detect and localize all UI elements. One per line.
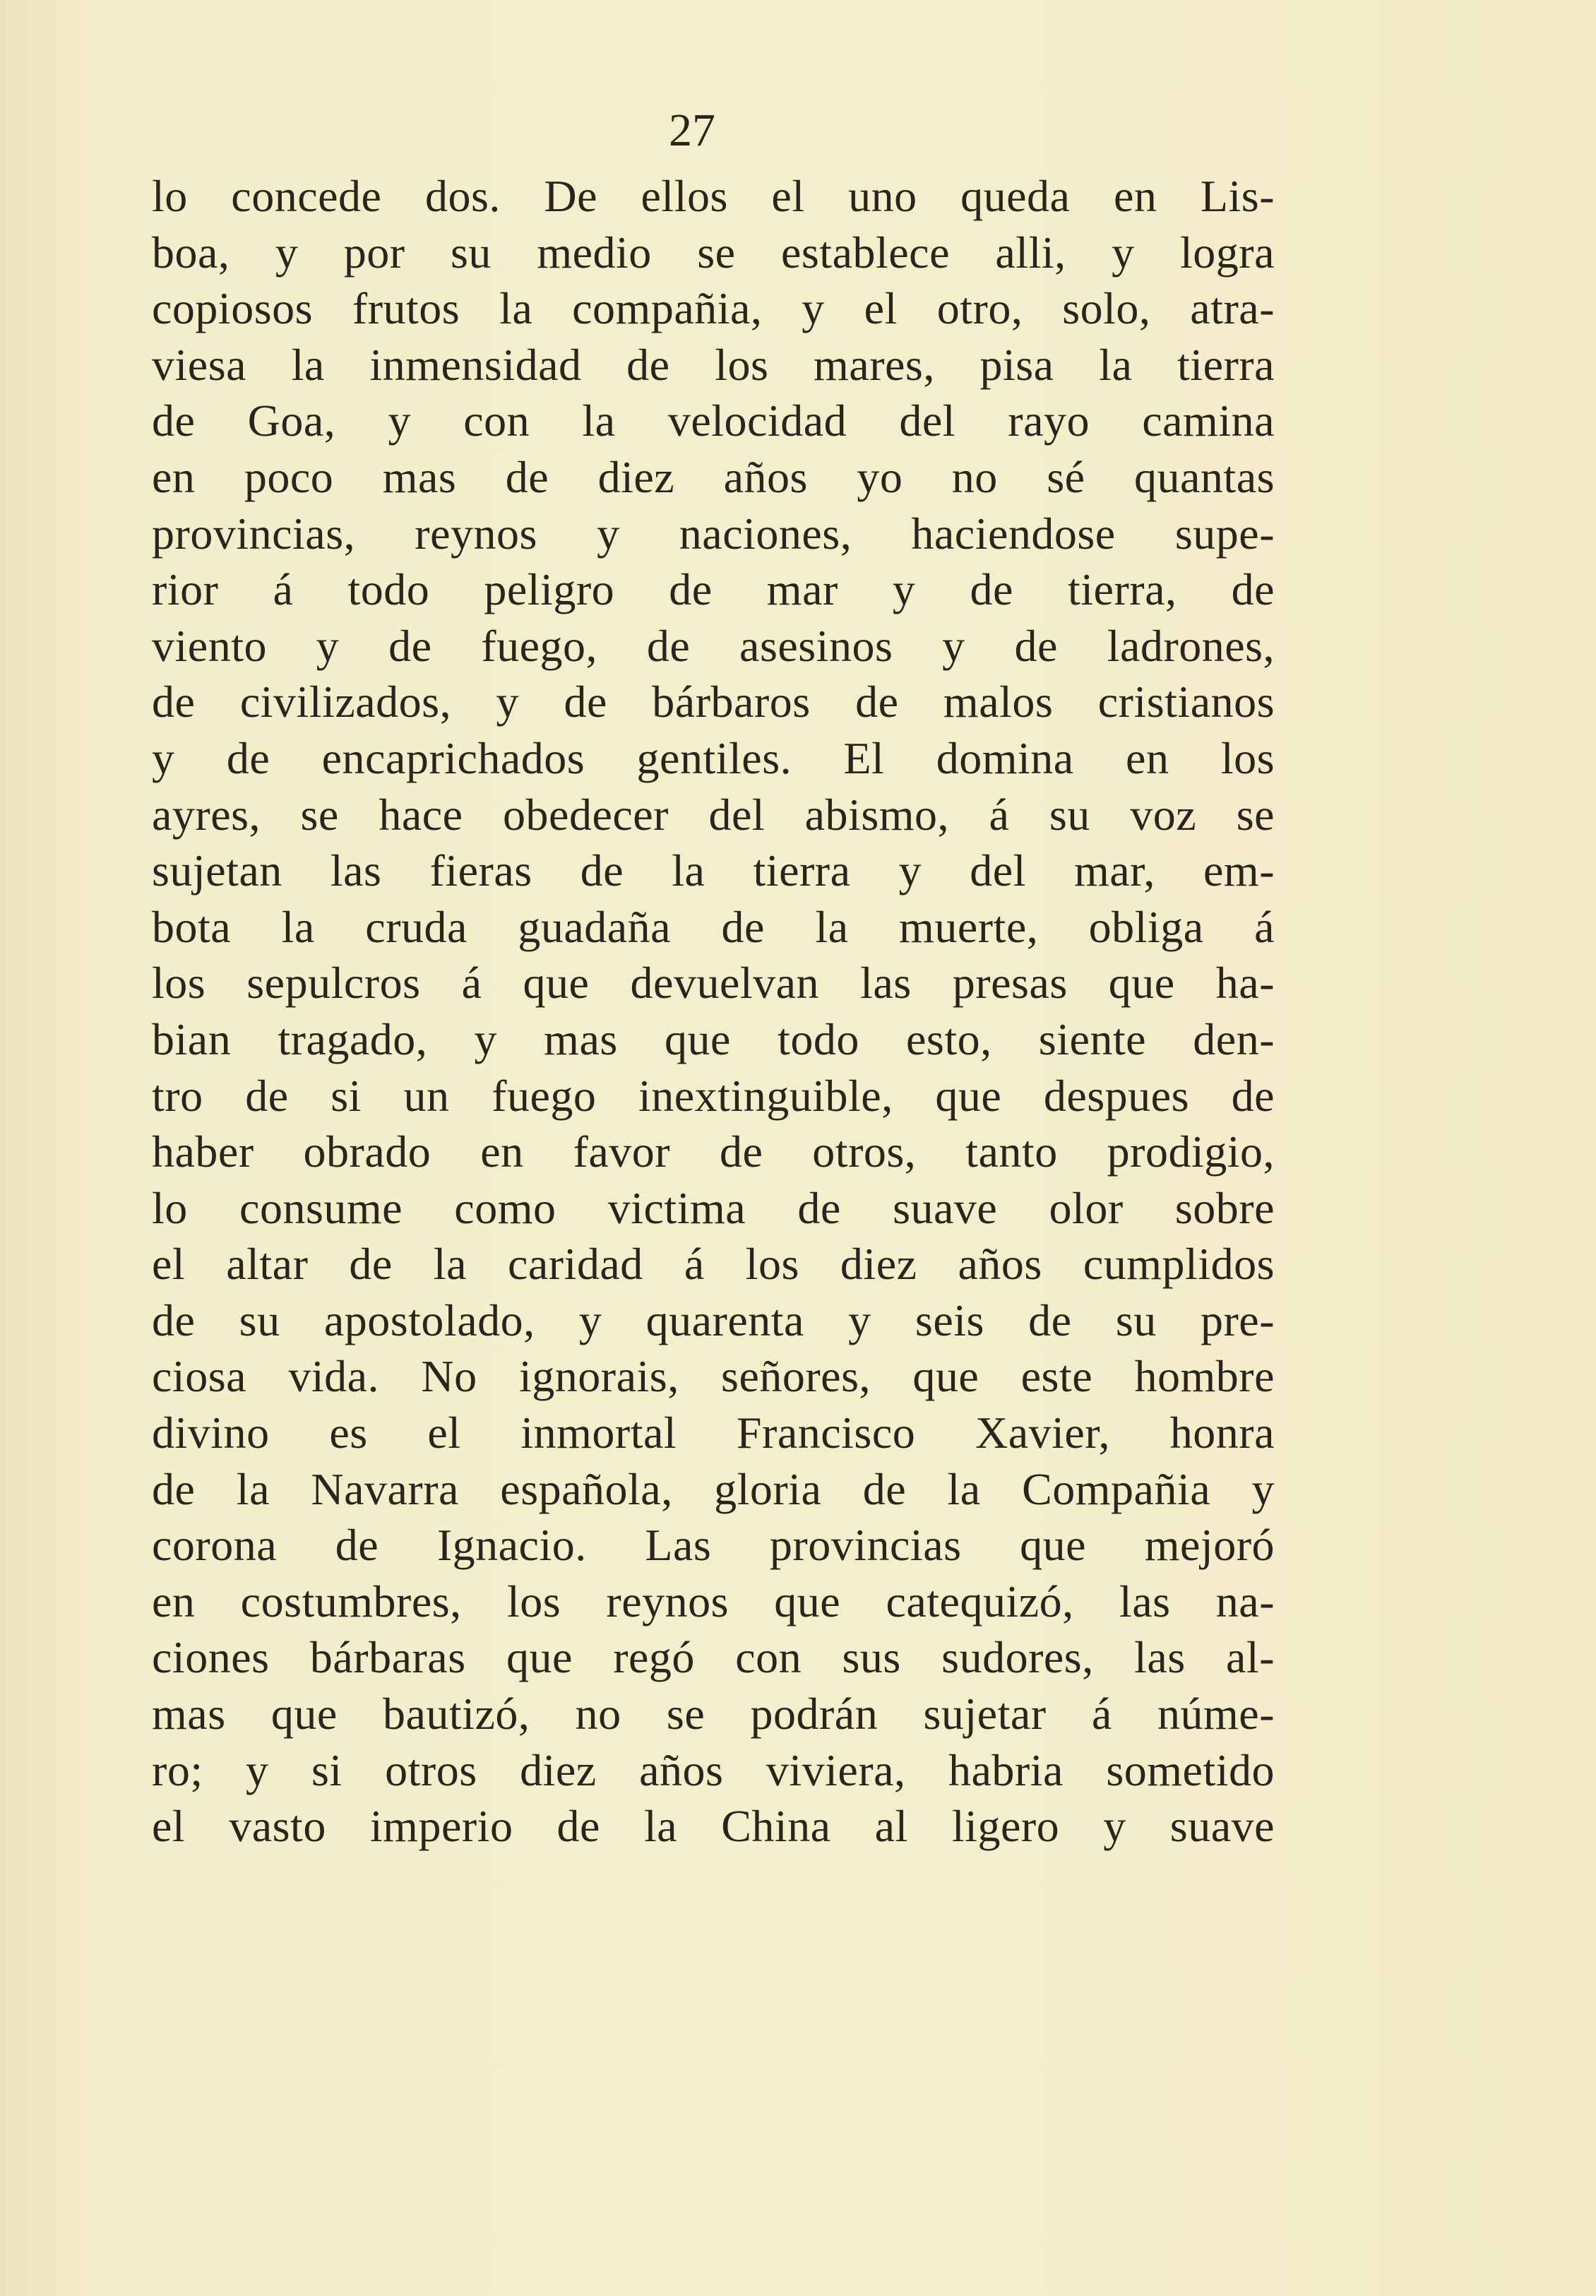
body-text: lo concede dos. De ellos el uno queda en… [152,168,1275,1855]
text-line: el altar de la caridad á los diez años c… [152,1236,1275,1292]
text-line: de la Navarra española, gloria de la Com… [152,1461,1275,1518]
text-line: boa, y por su medio se establece alli, y… [152,225,1275,281]
text-line: en poco mas de diez años yo no sé quanta… [152,449,1275,506]
book-page: 27 lo concede dos. De ellos el uno queda… [0,0,1596,2296]
text-line: de Goa, y con la velocidad del rayo cami… [152,393,1275,449]
text-line: en costumbres, los reynos que catequizó,… [152,1574,1275,1630]
text-line: bota la cruda guadaña de la muerte, obli… [152,899,1275,956]
text-line: copiosos frutos la compañia, y el otro, … [152,280,1275,337]
text-line: haber obrado en favor de otros, tanto pr… [152,1124,1275,1180]
text-line: tro de si un fuego inextinguible, que de… [152,1068,1275,1124]
text-line: rior á todo peligro de mar y de tierra, … [152,561,1275,618]
text-line: ro; y si otros diez años viviera, habria… [152,1742,1275,1799]
text-line: de su apostolado, y quarenta y seis de s… [152,1292,1275,1349]
text-line: y de encaprichados gentiles. El domina e… [152,730,1275,787]
text-line: lo consume como victima de suave olor so… [152,1180,1275,1237]
text-line: bian tragado, y mas que todo esto, sient… [152,1011,1275,1068]
text-line: lo concede dos. De ellos el uno queda en… [152,168,1275,225]
text-line: viesa la inmensidad de los mares, pisa l… [152,337,1275,393]
text-line: ciones bárbaras que regó con sus sudores… [152,1629,1275,1686]
text-line: los sepulcros á que devuelvan las presas… [152,955,1275,1011]
text-line: viento y de fuego, de asesinos y de ladr… [152,618,1275,674]
text-line: corona de Ignacio. Las provincias que me… [152,1517,1275,1574]
text-line: sujetan las fieras de la tierra y del ma… [152,843,1275,899]
text-line: el vasto imperio de la China al ligero y… [152,1798,1275,1855]
text-line: divino es el inmortal Francisco Xavier, … [152,1405,1275,1461]
text-line: ciosa vida. No ignorais, señores, que es… [152,1348,1275,1405]
text-line: de civilizados, y de bárbaros de malos c… [152,674,1275,730]
text-line: ayres, se hace obedecer del abismo, á su… [152,787,1275,843]
text-line: provincias, reynos y naciones, haciendos… [152,506,1275,562]
page-number: 27 [657,106,727,155]
text-line: mas que bautizó, no se podrán sujetar á … [152,1686,1275,1742]
